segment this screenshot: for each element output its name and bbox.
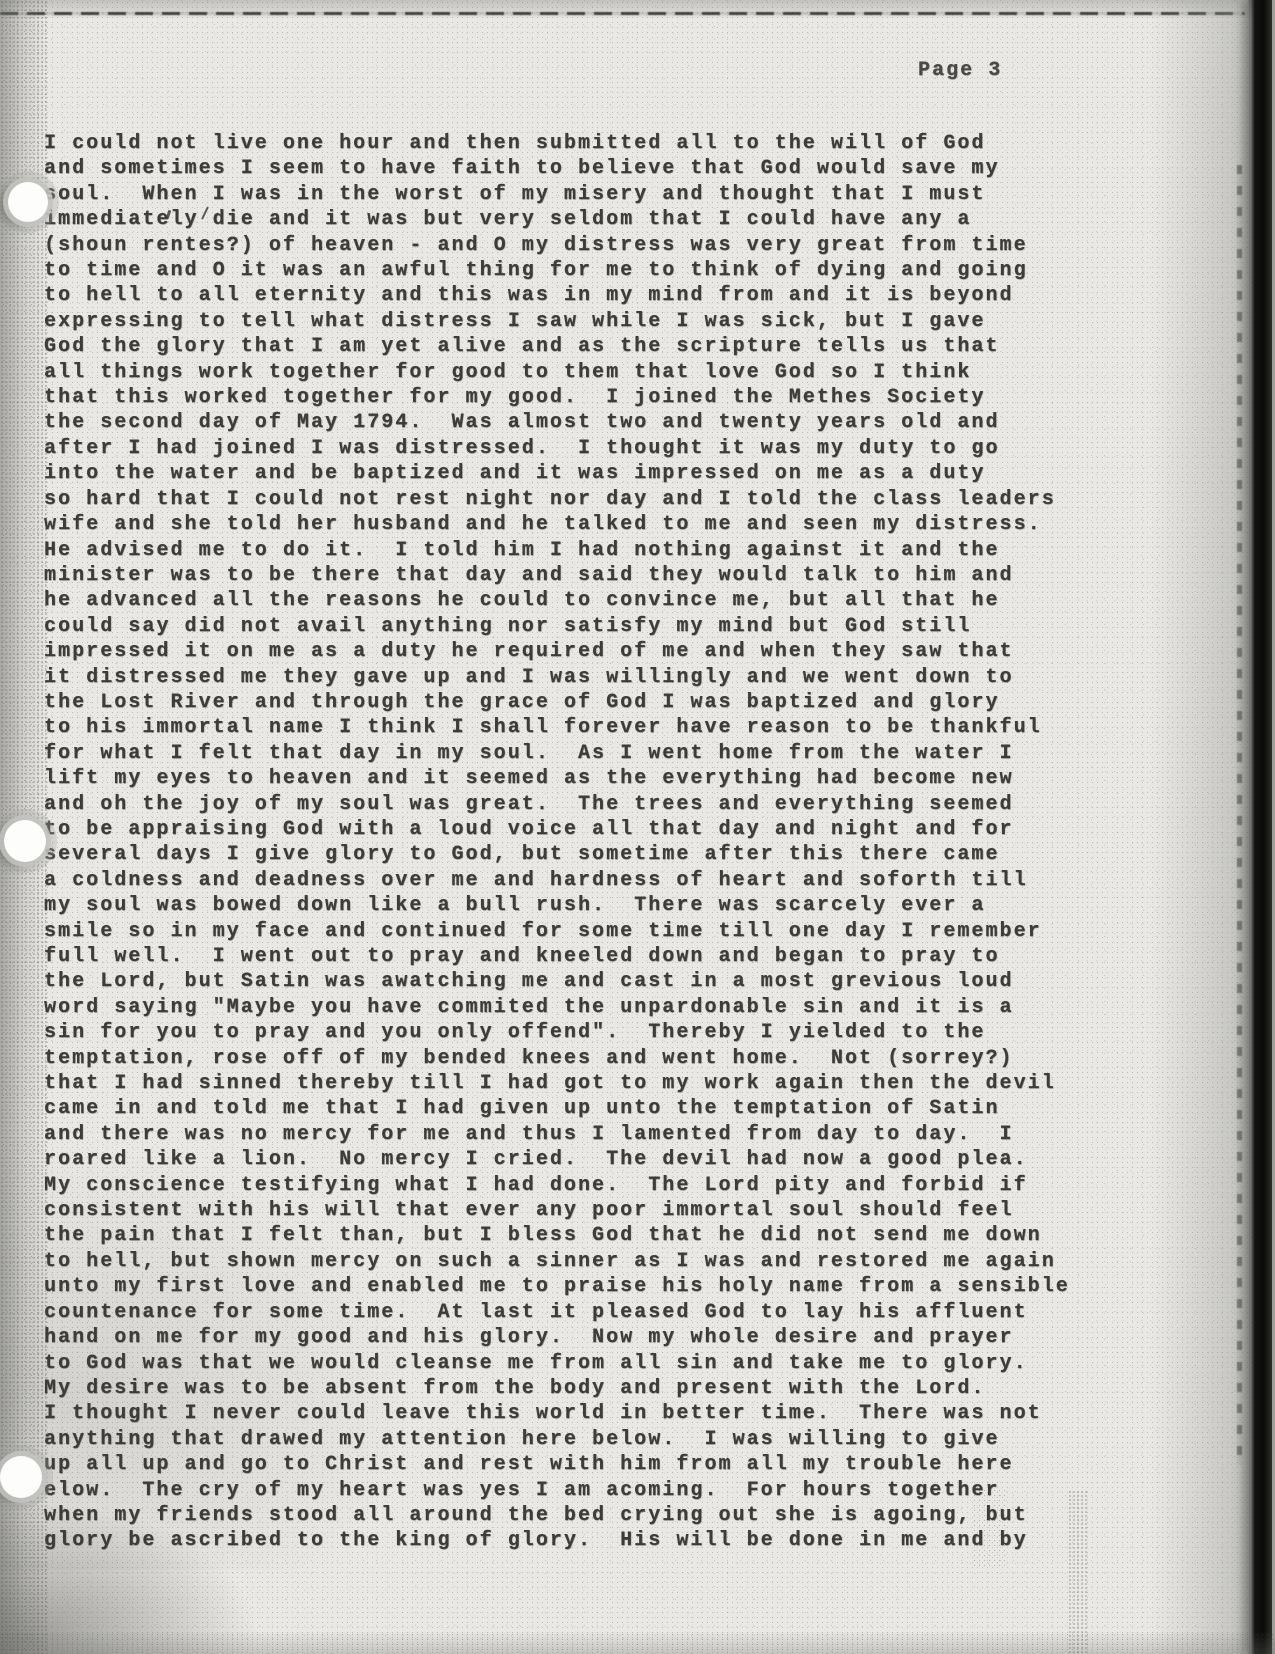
text-line: soul. When I was in the worst of my mise… <box>44 182 1224 207</box>
text-line: to hell to all eternity and this was in … <box>44 283 1224 308</box>
text-line: temptation, rose off of my bended knees … <box>44 1046 1224 1071</box>
text-line: after I had joined I was distressed. I t… <box>44 436 1224 461</box>
text-line: hand on me for my good and his glory. No… <box>44 1325 1224 1350</box>
text-line: so hard that I could not rest night nor … <box>44 487 1224 512</box>
text-line: to time and O it was an awful thing for … <box>44 258 1224 283</box>
text-line: minister was to be there that day and sa… <box>44 563 1224 588</box>
text-line: the Lord, but Satin was awatching me and… <box>44 969 1224 994</box>
text-line: when my friends stood all around the bed… <box>44 1503 1224 1528</box>
text-line: came in and told me that I had given up … <box>44 1096 1224 1121</box>
text-line: into the water and be baptized and it wa… <box>44 461 1224 486</box>
scan-top-edge-line <box>0 12 1245 15</box>
text-line: sin for you to pray and you only offend"… <box>44 1020 1224 1045</box>
scan-right-black-band <box>1248 0 1272 1654</box>
text-line: lift my eyes to heaven and it seemed as … <box>44 766 1224 791</box>
text-line: for what I felt that day in my soul. As … <box>44 741 1224 766</box>
text-line: glory be ascribed to the king of glory. … <box>44 1528 1224 1553</box>
text-line: roared like a lion. No mercy I cried. Th… <box>44 1147 1224 1172</box>
text-line: to hell, but shown mercy on such a sinne… <box>44 1249 1224 1274</box>
document-body: I could not live one hour and then submi… <box>44 131 1224 1554</box>
text-line: and oh the joy of my soul was great. The… <box>44 792 1224 817</box>
text-line: and sometimes I seem to have faith to be… <box>44 156 1224 181</box>
text-line: He advised me to do it. I told him I had… <box>44 538 1224 563</box>
text-line: (shoun rentes?) of heaven - and O my dis… <box>44 233 1224 258</box>
text-line: my soul was bowed down like a bull rush.… <box>44 893 1224 918</box>
text-line: I could not live one hour and then submi… <box>44 131 1224 156</box>
text-line: could say did not avail anything nor sat… <box>44 614 1224 639</box>
text-line: I thought I never could leave this world… <box>44 1401 1224 1426</box>
text-line: that I had sinned thereby till I had got… <box>44 1071 1224 1096</box>
text-line: the second day of May 1794. Was almost t… <box>44 410 1224 435</box>
text-line: wife and she told her husband and he tal… <box>44 512 1224 537</box>
text-line: to God was that we would cleanse me from… <box>44 1351 1224 1376</box>
text-line: to his immortal name I think I shall for… <box>44 715 1224 740</box>
text-line: countenance for some time. At last it pl… <box>44 1300 1224 1325</box>
text-line: immediately die and it was but very seld… <box>44 207 1224 232</box>
text-line: that this worked together for my good. I… <box>44 385 1224 410</box>
text-line: My conscience testifying what I had done… <box>44 1173 1224 1198</box>
text-line: full well. I went out to pray and kneele… <box>44 944 1224 969</box>
text-line: My desire was to be absent from the body… <box>44 1376 1224 1401</box>
text-line: anything that drawed my attention here b… <box>44 1427 1224 1452</box>
text-line: smile so in my face and continued for so… <box>44 919 1224 944</box>
text-line: a coldness and deadness over me and hard… <box>44 868 1224 893</box>
scan-right-dotted-line <box>1237 165 1242 1465</box>
text-line: several days I give glory to God, but so… <box>44 842 1224 867</box>
hole-punch <box>0 1456 42 1498</box>
text-line: to be appraising God with a loud voice a… <box>44 817 1224 842</box>
hole-punch <box>4 820 46 862</box>
hole-punch <box>8 182 48 222</box>
text-line: up all up and go to Christ and rest with… <box>44 1452 1224 1477</box>
text-line: the pain that I felt than, but I bless G… <box>44 1223 1224 1248</box>
text-line: it distressed me they gave up and I was … <box>44 665 1224 690</box>
text-line: elow. The cry of my heart was yes I am a… <box>44 1478 1224 1503</box>
document-page: Page 3 I could not live one hour and the… <box>0 0 1275 1654</box>
text-line: and there was no mercy for me and thus I… <box>44 1122 1224 1147</box>
page-number-label: Page 3 <box>918 58 1002 83</box>
text-line: unto my first love and enabled me to pra… <box>44 1274 1224 1299</box>
text-line: God the glory that I am yet alive and as… <box>44 334 1224 359</box>
scan-top-noise-strip <box>0 0 1275 18</box>
text-line: expressing to tell what distress I saw w… <box>44 309 1224 334</box>
text-line: word saying "Maybe you have commited the… <box>44 995 1224 1020</box>
text-line: impressed it on me as a duty he required… <box>44 639 1224 664</box>
text-line: the Lost River and through the grace of … <box>44 690 1224 715</box>
text-line: consistent with his will that ever any p… <box>44 1198 1224 1223</box>
text-line: he advanced all the reasons he could to … <box>44 588 1224 613</box>
text-line: all things work together for good to the… <box>44 360 1224 385</box>
